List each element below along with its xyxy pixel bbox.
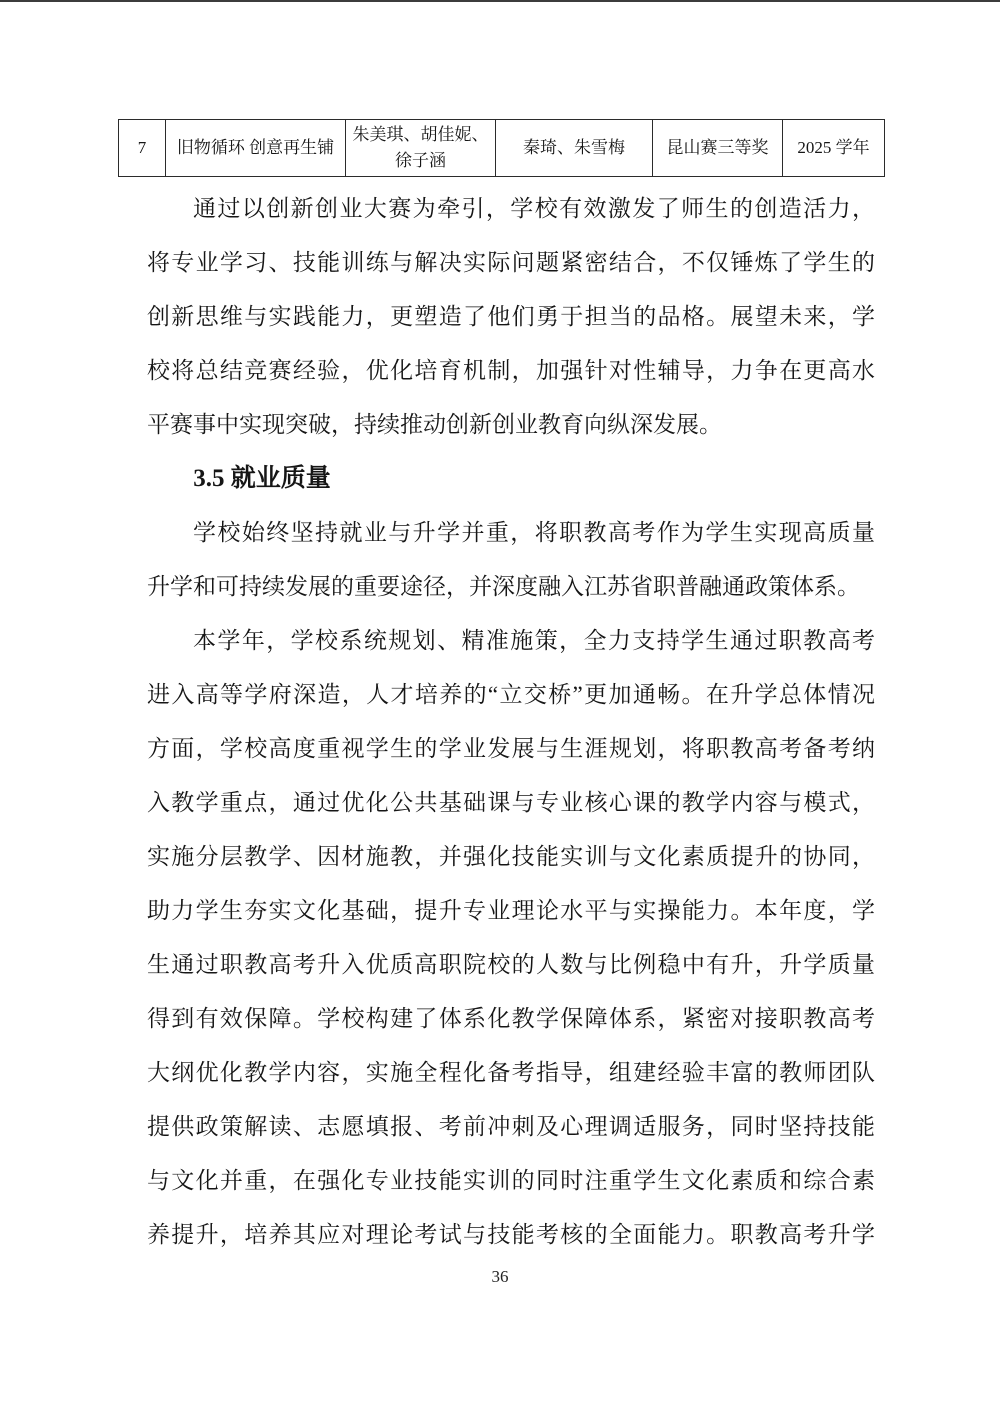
page-number: 36	[0, 1262, 1000, 1292]
text-line: 得到有效保障。学校构建了体系化教学保障体系，紧密对接职教高考	[147, 992, 875, 1046]
table-cell: 昆山赛三等奖	[653, 120, 783, 177]
text-line: 大纲优化教学内容，实施全程化备考指导，组建经验丰富的教师团队	[147, 1046, 875, 1100]
text-line: 实施分层教学、因材施教，并强化技能实训与文化素质提升的协同，	[147, 830, 875, 884]
award-table-body: 7旧物循环 创意再生铺朱美琪、胡佳妮、徐子涵秦琦、朱雪梅昆山赛三等奖2025 学…	[119, 120, 885, 177]
text-line: 本学年，学校系统规划、精准施策，全力支持学生通过职教高考	[147, 614, 875, 668]
text-line: 创新思维与实践能力，更塑造了他们勇于担当的品格。展望未来，学	[147, 290, 875, 344]
text-line: 学校始终坚持就业与升学并重，将职教高考作为学生实现高质量	[147, 506, 875, 560]
text-line: 养提升，培养其应对理论考试与技能考核的全面能力。职教高考升学	[147, 1208, 875, 1262]
table-row: 7旧物循环 创意再生铺朱美琪、胡佳妮、徐子涵秦琦、朱雪梅昆山赛三等奖2025 学…	[119, 120, 885, 177]
text-line: 与文化并重，在强化专业技能实训的同时注重学生文化素质和综合素	[147, 1154, 875, 1208]
text-line: 升学和可持续发展的重要途径，并深度融入江苏省职普融通政策体系。	[147, 560, 875, 614]
page-top-edge-line	[0, 0, 1000, 2]
text-line: 进入高等学府深造，人才培养的“立交桥”更加通畅。在升学总体情况	[147, 668, 875, 722]
award-table: 7旧物循环 创意再生铺朱美琪、胡佳妮、徐子涵秦琦、朱雪梅昆山赛三等奖2025 学…	[118, 119, 885, 177]
section-heading: 3.5 就业质量	[147, 452, 875, 506]
table-cell: 秦琦、朱雪梅	[496, 120, 653, 177]
table-cell: 朱美琪、胡佳妮、徐子涵	[346, 120, 496, 177]
text-line: 平赛事中实现突破，持续推动创新创业教育向纵深发展。	[147, 398, 875, 452]
text-line: 将专业学习、技能训练与解决实际问题紧密结合，不仅锤炼了学生的	[147, 236, 875, 290]
text-line: 生通过职教高考升入优质高职院校的人数与比例稳中有升，升学质量	[147, 938, 875, 992]
text-line: 通过以创新创业大赛为牵引，学校有效激发了师生的创造活力，	[147, 182, 875, 236]
text-line: 校将总结竞赛经验，优化培育机制，加强针对性辅导，力争在更高水	[147, 344, 875, 398]
text-line: 入教学重点，通过优化公共基础课与专业核心课的教学内容与模式，	[147, 776, 875, 830]
table-cell: 旧物循环 创意再生铺	[166, 120, 346, 177]
text-line: 助力学生夯实文化基础，提升专业理论水平与实操能力。本年度，学	[147, 884, 875, 938]
document-body: 通过以创新创业大赛为牵引，学校有效激发了师生的创造活力，将专业学习、技能训练与解…	[147, 182, 875, 1262]
table-cell: 7	[119, 120, 166, 177]
document-page: 7旧物循环 创意再生铺朱美琪、胡佳妮、徐子涵秦琦、朱雪梅昆山赛三等奖2025 学…	[0, 0, 1000, 1414]
text-line: 提供政策解读、志愿填报、考前冲刺及心理调适服务，同时坚持技能	[147, 1100, 875, 1154]
table-cell: 2025 学年	[783, 120, 885, 177]
text-line: 方面，学校高度重视学生的学业发展与生涯规划，将职教高考备考纳	[147, 722, 875, 776]
